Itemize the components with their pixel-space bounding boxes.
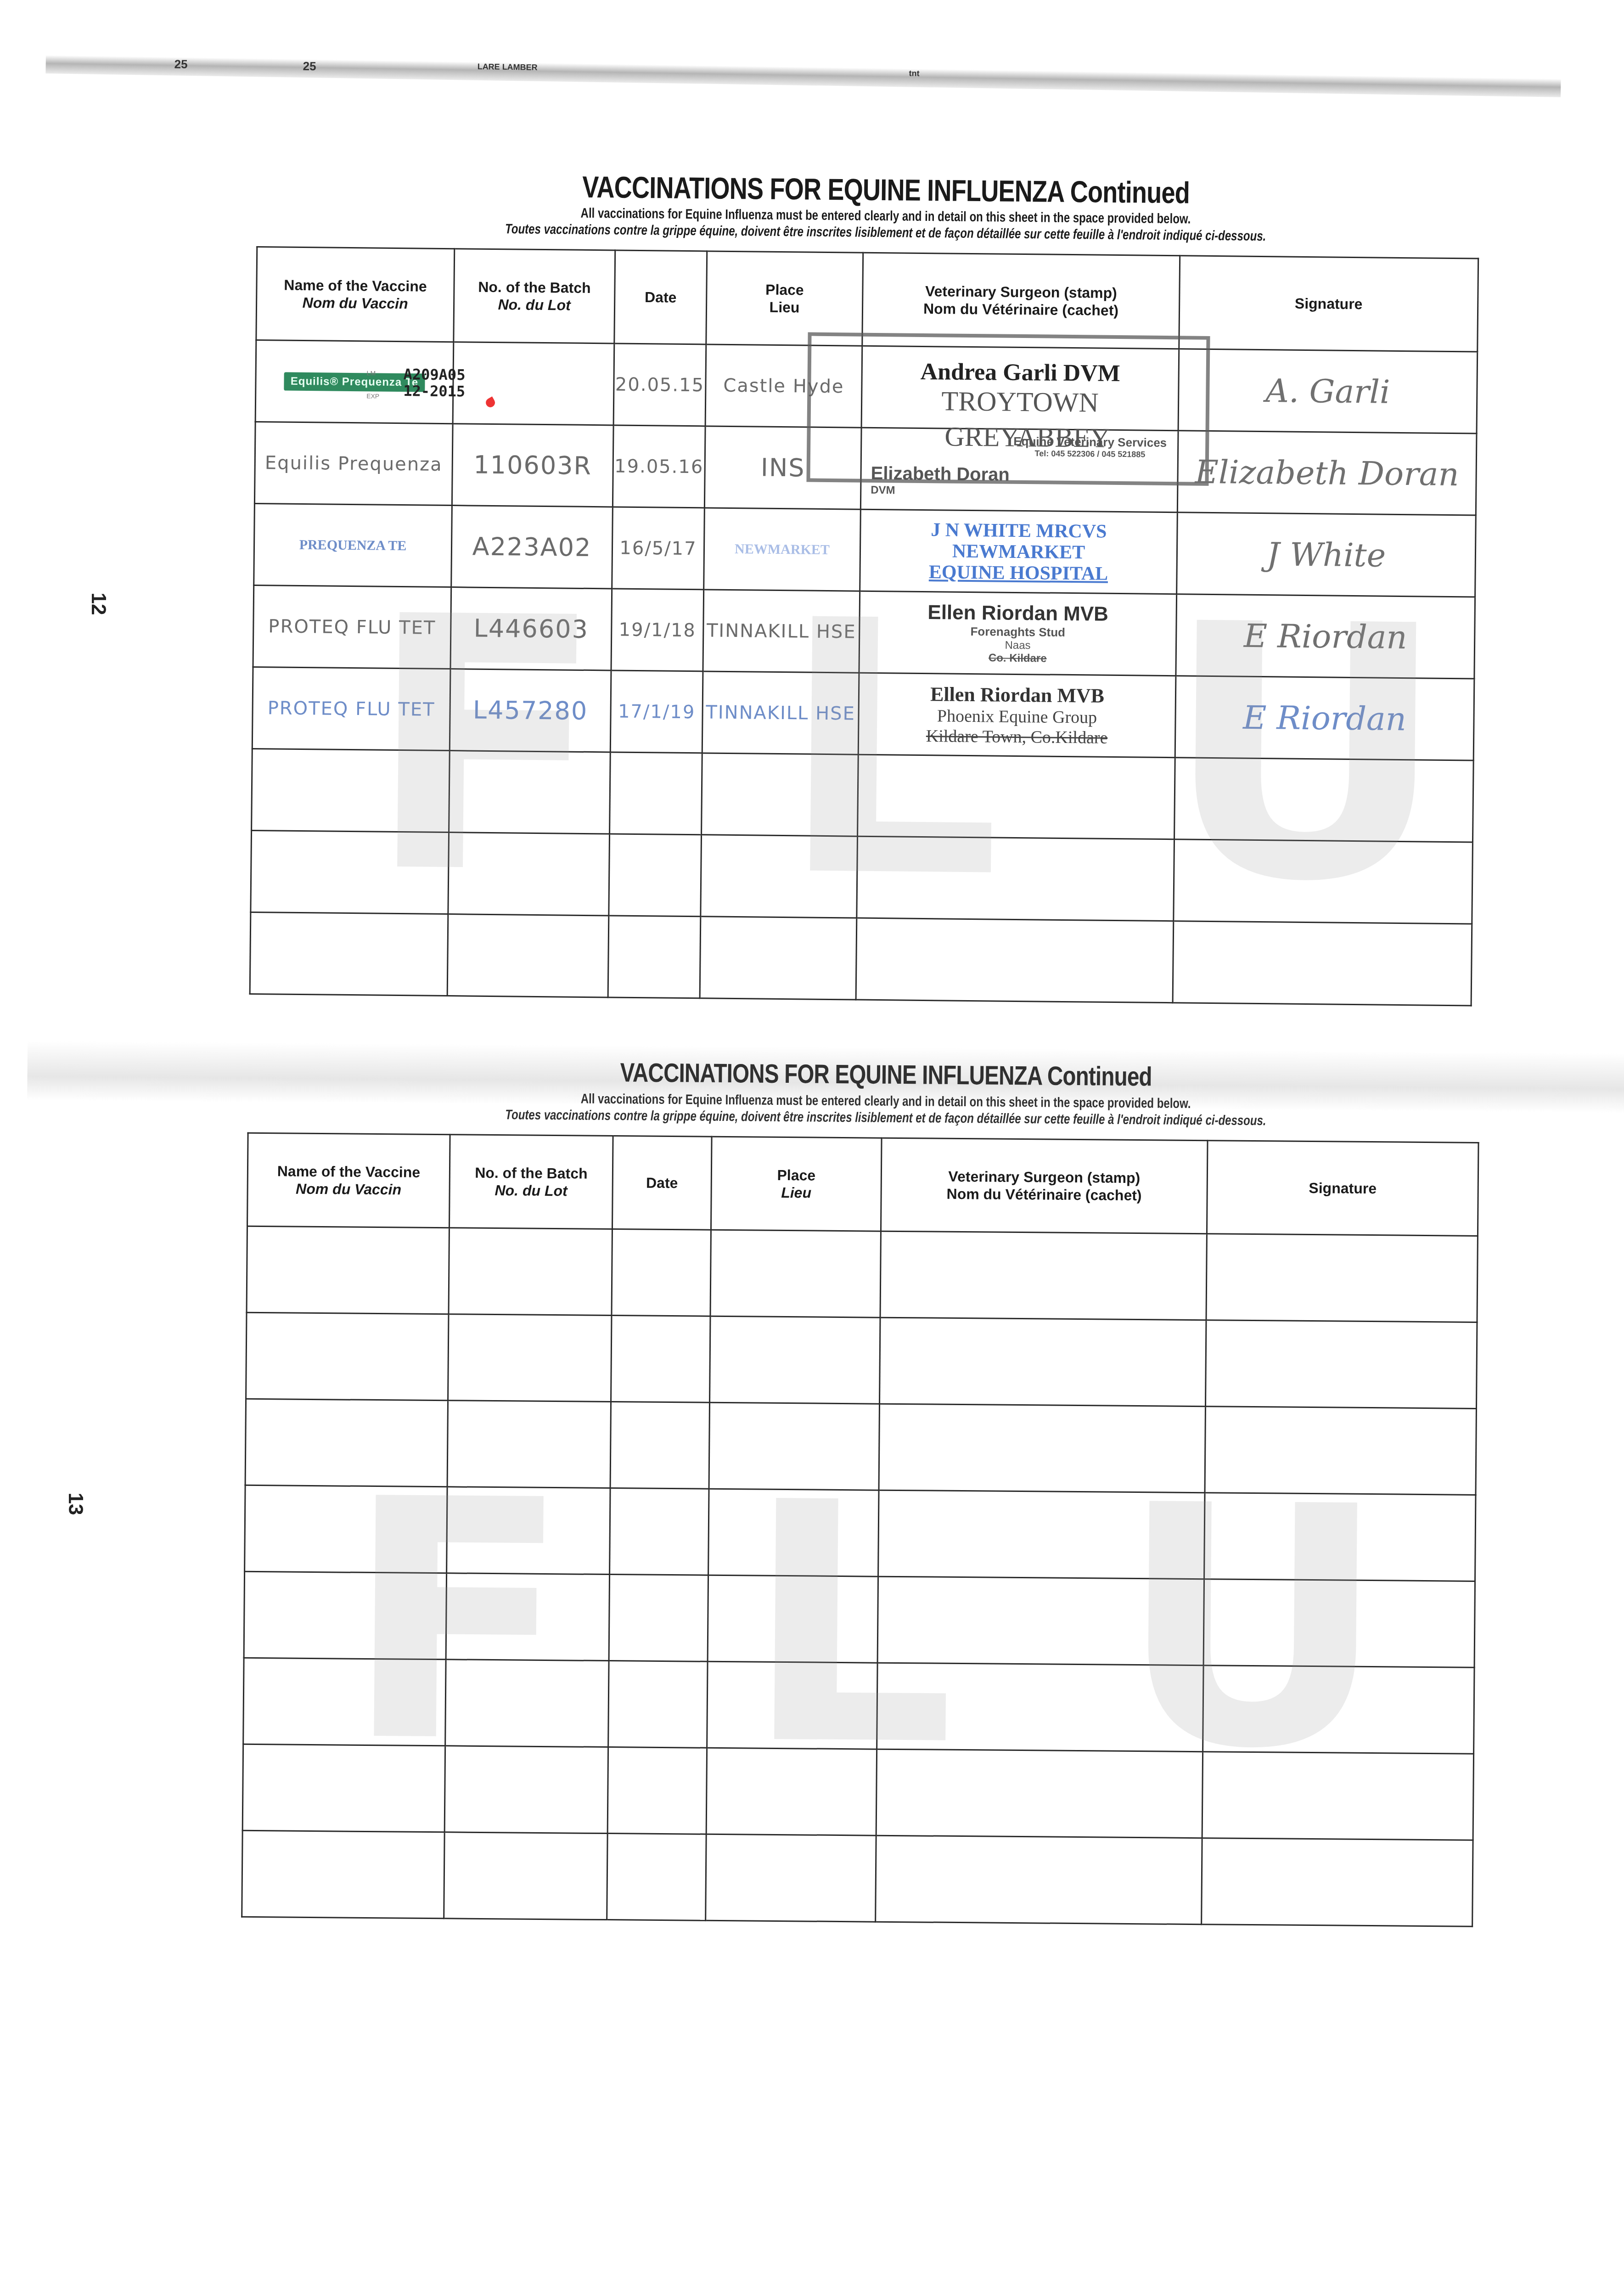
cell-date[interactable]	[610, 1488, 709, 1576]
cell-vaccine[interactable]	[251, 830, 449, 914]
cell-vaccine: PROTEQ FLU TET	[253, 585, 451, 669]
cell-signature: J White	[1177, 512, 1476, 597]
cell-batch[interactable]	[448, 1314, 612, 1402]
cell-place[interactable]	[707, 1661, 877, 1749]
table-row: Equilis® Prequenza Te LM EXP A209A05 12-…	[255, 340, 1478, 433]
cell-vet-stamp: Equine Veterinary Services Tel: 045 5223…	[860, 428, 1178, 512]
table-row-empty	[245, 1485, 1476, 1581]
vet-name: Ellen Riordan MVB	[860, 601, 1175, 627]
cell-vet-stamp[interactable]	[877, 1663, 1203, 1752]
cell-place[interactable]	[708, 1575, 878, 1663]
cell-date: 17/1/19	[610, 670, 703, 753]
cell-batch[interactable]	[444, 1832, 607, 1920]
cell-vaccine: PREQUENZA TE	[254, 503, 452, 587]
table-row: Equilis Prequenza 110603R 19.05.16 INS E…	[254, 422, 1477, 515]
cell-vaccine[interactable]	[250, 912, 448, 996]
cell-date: 19.05.16	[613, 425, 705, 508]
cell-vaccine[interactable]	[242, 1830, 444, 1918]
cell-date[interactable]	[608, 916, 701, 998]
cell-place: TINNAKILL HSE	[702, 671, 859, 754]
cell-batch[interactable]	[447, 1401, 611, 1488]
cell-signature[interactable]	[1174, 758, 1474, 842]
vaccination-table: Name of the VaccineNom du Vaccin No. of …	[241, 1132, 1479, 1927]
column-header-vaccine: Name of the VaccineNom du Vaccin	[247, 1133, 450, 1227]
page-number-12: 12	[87, 593, 110, 615]
column-header-signature: Signature	[1179, 256, 1478, 352]
cell-signature[interactable]	[1204, 1493, 1476, 1581]
cell-vet-stamp: Ellen Riordan MVB Forenaghts Stud Naas C…	[859, 591, 1177, 676]
cell-signature[interactable]	[1206, 1234, 1478, 1322]
cell-date: 20.05.15	[613, 343, 706, 426]
cell-vet-stamp[interactable]	[880, 1231, 1207, 1320]
column-header-vet: Veterinary Surgeon (stamp)Nom du Vétérin…	[881, 1138, 1208, 1234]
cell-vet-stamp[interactable]	[879, 1404, 1205, 1493]
vet-title: DVM	[871, 484, 1177, 500]
column-header-date: Date	[614, 250, 707, 344]
cell-date[interactable]	[607, 1747, 707, 1835]
cell-vet-stamp: Ellen Riordan MVB Phoenix Equine Group K…	[858, 673, 1176, 758]
cell-vaccine[interactable]	[245, 1485, 447, 1573]
cell-batch: 110603R	[452, 424, 613, 507]
strip-fragment: 25	[303, 59, 316, 73]
column-header-place: PlaceLieu	[711, 1137, 882, 1231]
cell-place[interactable]	[708, 1489, 879, 1576]
cell-vet-stamp[interactable]	[878, 1490, 1205, 1579]
cell-date[interactable]	[609, 1575, 708, 1662]
cell-vet-stamp[interactable]	[876, 1835, 1202, 1925]
cell-vet-stamp: J N WHITE MRCVS NEWMARKET EQUINE HOSPITA…	[860, 509, 1178, 594]
vet-name: Ellen Riordan MVB	[860, 682, 1175, 709]
cell-batch[interactable]	[444, 1746, 608, 1834]
table-row-empty	[244, 1571, 1475, 1667]
table-header-row: Name of the VaccineNom du Vaccin No. of …	[247, 1133, 1479, 1236]
cell-date[interactable]	[607, 1834, 706, 1921]
cell-date[interactable]	[610, 1402, 709, 1489]
cell-signature: E Riordan	[1175, 676, 1474, 760]
vet-group: Phoenix Equine Group	[859, 705, 1174, 729]
cell-batch[interactable]	[445, 1660, 609, 1747]
cell-vet-stamp[interactable]	[858, 754, 1175, 839]
column-header-batch: No. of the BatchNo. du Lot	[454, 249, 615, 343]
table-row-empty	[250, 912, 1472, 1006]
vet-service: Equine Veterinary Services	[1013, 434, 1167, 450]
column-header-date: Date	[612, 1136, 712, 1230]
strip-fragment: LARE LAMBER	[478, 62, 538, 73]
cell-place[interactable]	[709, 1402, 879, 1490]
cell-batch[interactable]	[447, 914, 609, 997]
cell-signature[interactable]	[1205, 1320, 1477, 1409]
cell-place[interactable]	[710, 1230, 881, 1317]
table-row-empty	[246, 1312, 1477, 1408]
cell-place: INS	[704, 426, 861, 509]
vaccination-sheet-page-13: VACCINATIONS FOR EQUINE INFLUENZA Contin…	[250, 1052, 1515, 1927]
cell-signature[interactable]	[1203, 1666, 1474, 1754]
vet-phone: Tel: 045 522306 / 045 521885	[1013, 449, 1167, 460]
cell-vet-stamp[interactable]	[876, 1749, 1203, 1838]
cell-batch: L446603	[450, 587, 612, 670]
cell-signature[interactable]	[1202, 1752, 1473, 1840]
table-row-empty	[242, 1830, 1473, 1926]
table-row-empty	[243, 1658, 1474, 1754]
cell-place[interactable]	[700, 917, 857, 1000]
cell-date[interactable]	[609, 834, 702, 917]
cell-batch[interactable]	[447, 1487, 610, 1575]
page-number-13: 13	[64, 1493, 87, 1515]
cell-signature[interactable]	[1202, 1838, 1473, 1927]
cell-vaccine[interactable]	[243, 1658, 446, 1745]
column-header-signature: Signature	[1207, 1141, 1478, 1236]
cell-signature[interactable]	[1205, 1407, 1476, 1495]
cell-signature[interactable]	[1173, 921, 1472, 1006]
cell-date[interactable]	[608, 1661, 708, 1748]
cell-vet-stamp: Andrea Garli DVM TROYTOWN GREYABBEY	[861, 346, 1179, 431]
cell-vet-stamp[interactable]	[856, 918, 1174, 1003]
cell-place[interactable]	[706, 1834, 876, 1922]
cell-vaccine: PROTEQ FLU TET	[252, 667, 450, 750]
cell-signature: Elizabeth Doran	[1177, 431, 1477, 515]
vet-town: NEWMARKET	[861, 540, 1176, 564]
cell-vaccine[interactable]	[242, 1744, 445, 1832]
cell-vaccine: Equilis Prequenza	[254, 422, 453, 505]
vet-hospital: EQUINE HOSPITAL	[860, 561, 1176, 585]
cell-batch: A209A05 12-2015	[453, 342, 614, 425]
cell-batch[interactable]	[446, 1573, 609, 1661]
cell-vet-stamp[interactable]	[857, 836, 1174, 921]
cell-batch: L457280	[450, 669, 611, 752]
table-row: PROTEQ FLU TET L457280 17/1/19 TINNAKILL…	[252, 667, 1474, 760]
cell-batch: A223A02	[451, 506, 613, 589]
cell-vaccine[interactable]	[244, 1571, 446, 1659]
scan-artifact-strip: 25 25 LARE LAMBER tnt	[45, 55, 1561, 97]
column-header-place: PlaceLieu	[706, 251, 863, 346]
cell-place[interactable]	[706, 1748, 877, 1835]
cell-date: 19/1/18	[611, 589, 704, 671]
table-row-empty	[252, 748, 1474, 842]
cell-batch[interactable]	[449, 751, 611, 834]
table-row-empty	[247, 1226, 1478, 1322]
vet-name: Elizabeth Doran	[871, 463, 1177, 487]
cell-batch[interactable]	[449, 1228, 612, 1316]
table-row-empty	[251, 830, 1473, 924]
table-row: PROTEQ FLU TET L446603 19/1/18 TINNAKILL…	[253, 585, 1475, 679]
column-header-batch: No. of the BatchNo. du Lot	[449, 1135, 613, 1229]
cell-signature[interactable]	[1174, 839, 1473, 924]
vaccination-sheet-page-12: VACCINATIONS FOR EQUINE INFLUENZA Contin…	[249, 165, 1515, 1007]
cell-vaccine[interactable]	[252, 748, 450, 832]
cell-date[interactable]	[612, 1229, 711, 1317]
table-row-empty	[242, 1744, 1473, 1840]
batch-number: A209A05	[403, 366, 613, 384]
table-row-empty	[245, 1399, 1476, 1495]
cell-place[interactable]	[702, 753, 859, 836]
cell-place: TINNAKILL HSE	[703, 590, 860, 673]
vet-address: Kildare Town, Co.Kildare	[859, 726, 1174, 749]
table-row: PREQUENZA TE A223A02 16/5/17 NEWMARKET J…	[254, 503, 1476, 597]
cell-date[interactable]	[611, 1316, 710, 1403]
cell-date: 16/5/17	[612, 507, 705, 590]
vet-name: J N WHITE MRCVS	[861, 518, 1176, 543]
cell-vaccine[interactable]	[247, 1226, 449, 1314]
vaccination-table: Name of the VaccineNom du Vaccin No. of …	[249, 246, 1479, 1006]
cell-vaccine[interactable]	[246, 1312, 449, 1400]
cell-signature: A. Garli	[1178, 349, 1478, 433]
cell-place[interactable]	[710, 1316, 880, 1404]
vet-county: Co. Kildare	[860, 651, 1175, 667]
cell-vet-stamp[interactable]	[880, 1317, 1206, 1407]
cell-vet-stamp[interactable]	[877, 1576, 1204, 1666]
strip-fragment: 25	[174, 57, 187, 71]
cell-date[interactable]	[610, 752, 702, 835]
cell-batch[interactable]	[448, 833, 610, 916]
cell-place: NEWMARKET	[704, 508, 861, 591]
column-header-vaccine: Name of the VaccineNom du Vaccin	[256, 247, 455, 342]
cell-place[interactable]	[701, 835, 858, 918]
strip-fragment: tnt	[909, 69, 919, 79]
cell-vaccine[interactable]	[245, 1399, 448, 1486]
cell-signature[interactable]	[1203, 1579, 1475, 1668]
cell-signature: E Riordan	[1176, 594, 1475, 679]
batch-expiry: 12-2015	[403, 383, 613, 401]
